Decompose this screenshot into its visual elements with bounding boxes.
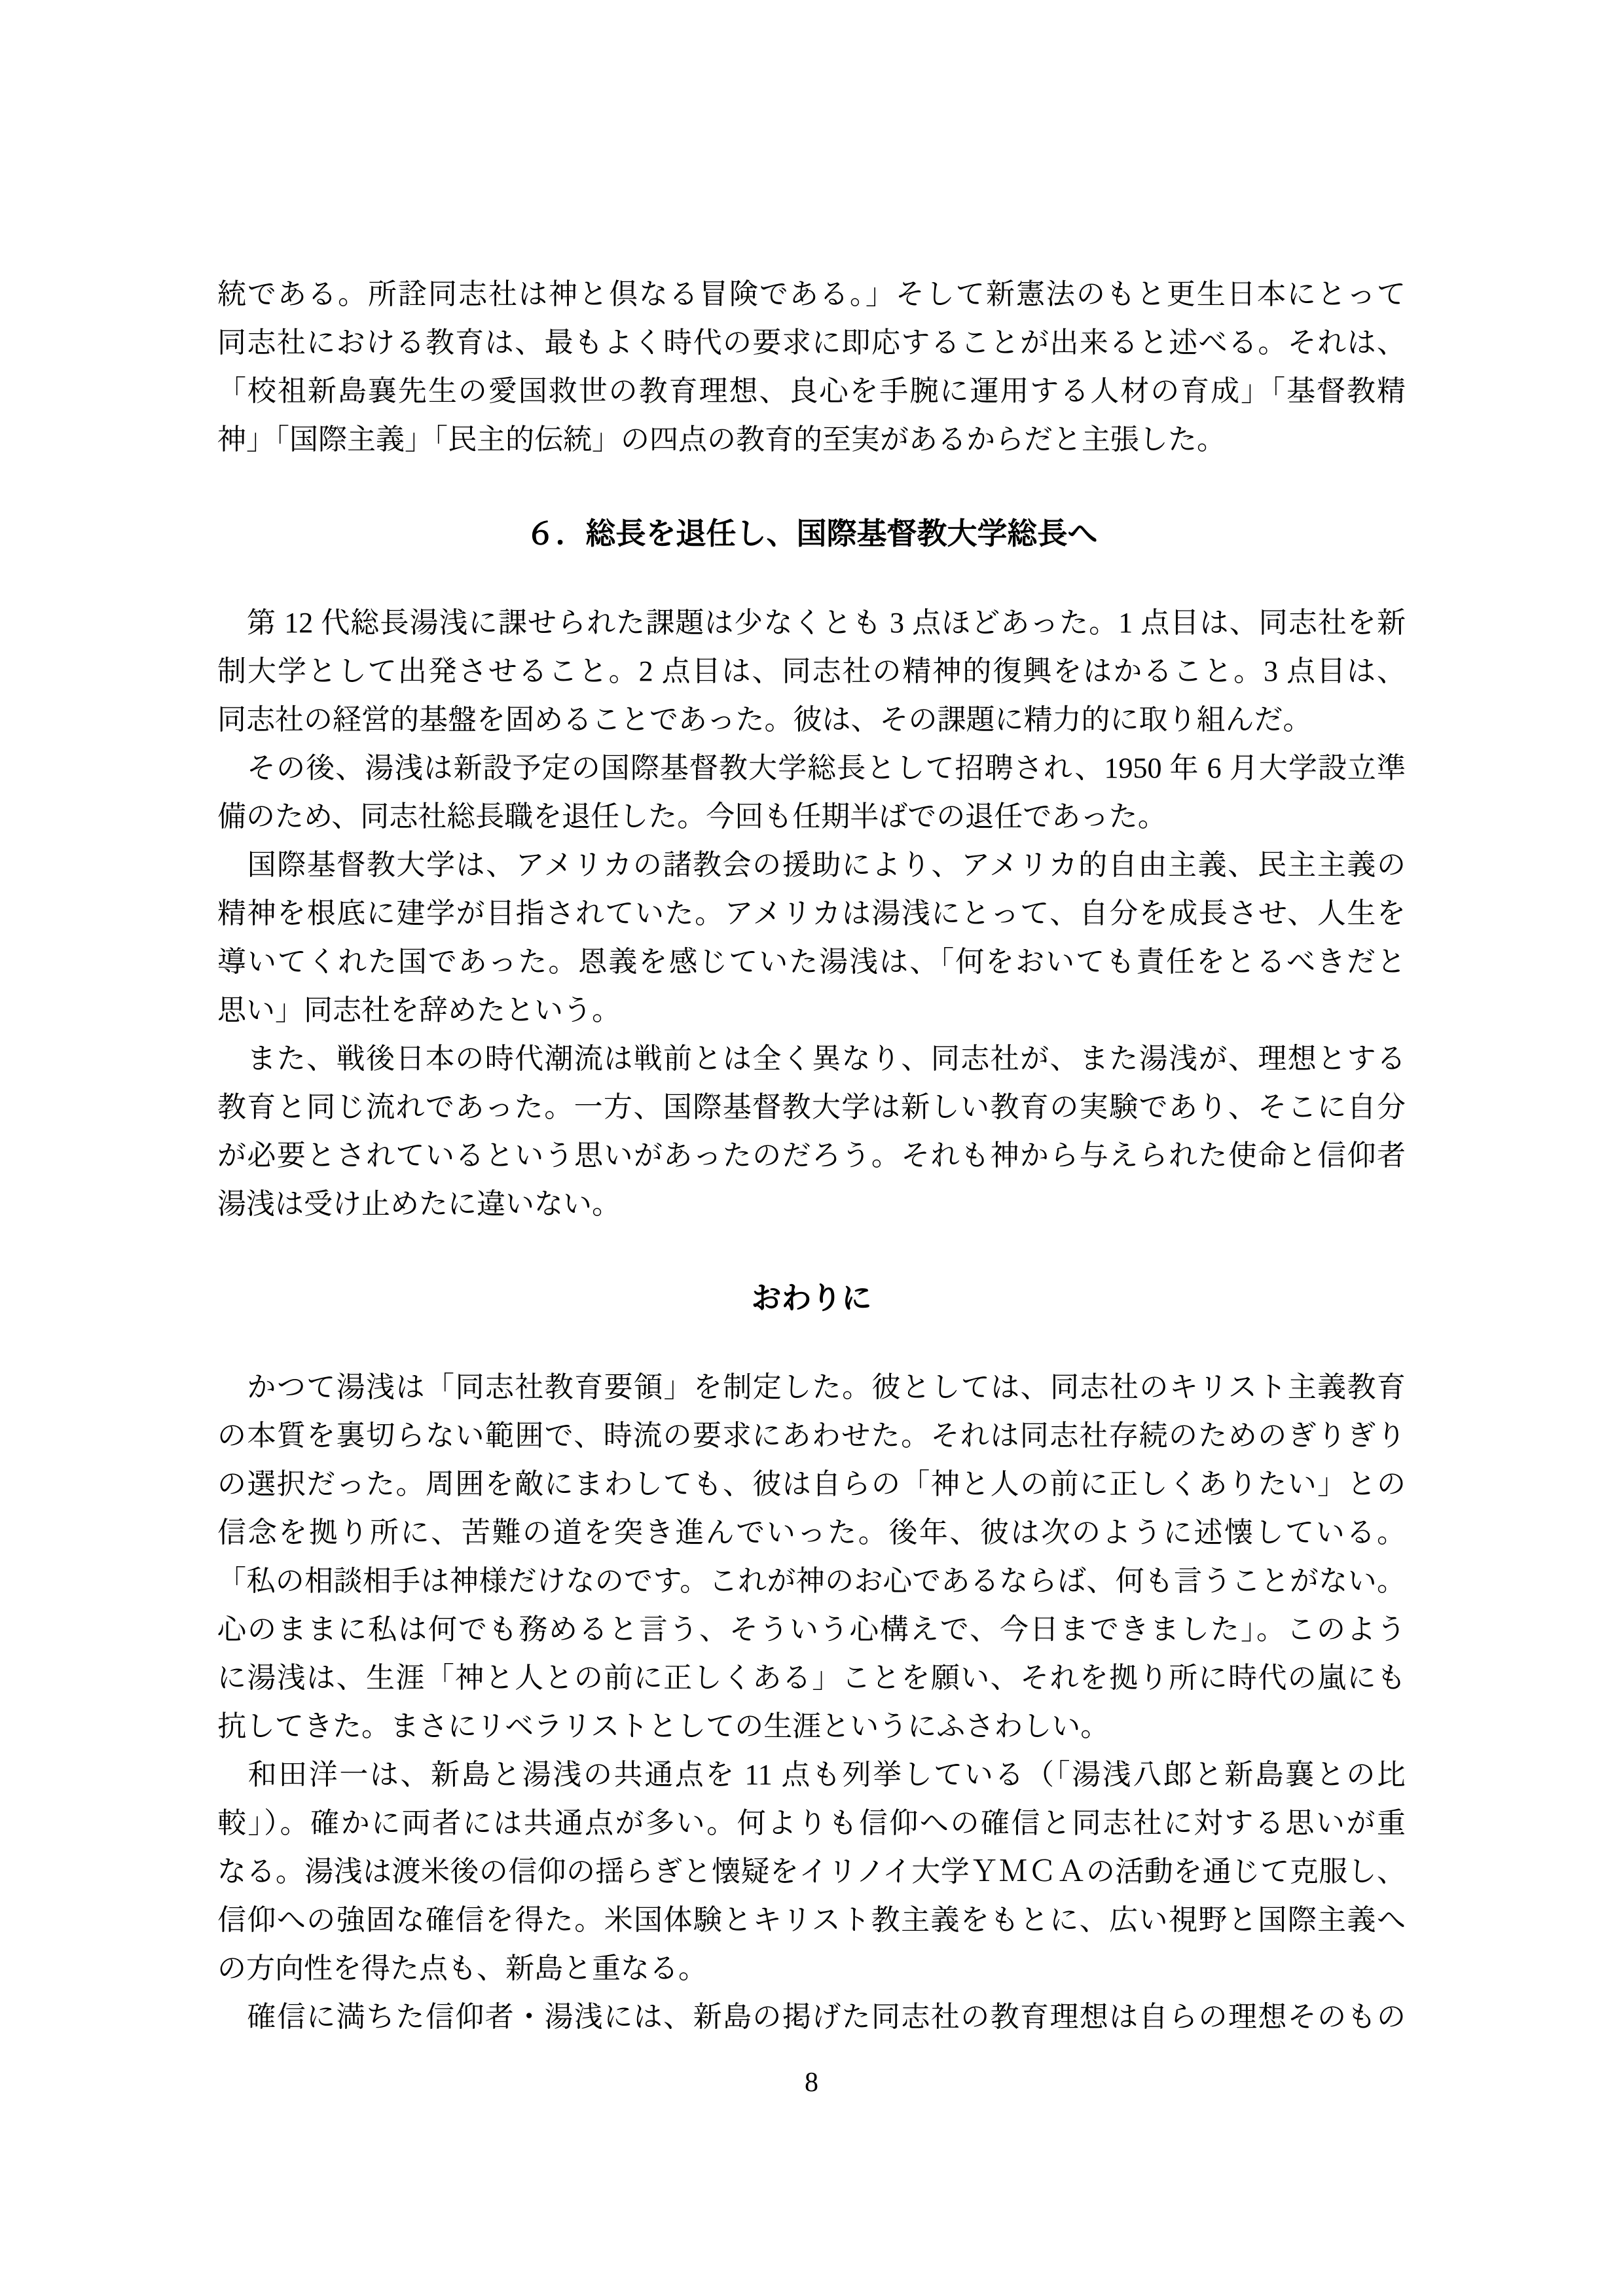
paragraph-postwar: また、戦後日本の時代潮流は戦前とは全く異なり、同志社が、また湯浅が、理想とする教…	[217, 1035, 1406, 1229]
text-line: 湯浅は受け止めたに違いない。	[217, 1180, 1406, 1229]
section-heading-6: ６．総長を退任し、国際基督教大学総長へ	[217, 507, 1406, 560]
text-line: 神」「国際主義」「民主的伝統」の四点の教育的至実があるからだと主張した。	[217, 416, 1406, 464]
paragraph-icu: 国際基督教大学は、アメリカの諸教会の援助により、アメリカ的自由主義、民主主義の精…	[217, 841, 1406, 1035]
text-line: 心のままに私は何でも務めると言う、そういう心構えで、今日まできました」。このよう	[217, 1605, 1406, 1654]
paragraph-conclusion-2: 和田洋一は、新島と湯浅の共通点を 11 点も列挙している（「湯浅八郎と新島襄との…	[217, 1751, 1406, 1993]
document-page: { "page": { "number": "8", "background_c…	[0, 0, 1623, 2296]
text-line: 導いてくれた国であった。恩義を感じていた湯浅は、「何をおいても責任をとるべきだと	[217, 938, 1406, 986]
paragraph-conclusion-1: かつて湯浅は「同志社教育要領」を制定した。彼としては、同志社のキリスト主義教育の…	[217, 1363, 1406, 1751]
text-line: また、戦後日本の時代潮流は戦前とは全く異なり、同志社が、また湯浅が、理想とする	[217, 1035, 1406, 1083]
text-line: 備のため、同志社総長職を退任した。今回も任期半ばでの退任であった。	[217, 793, 1406, 841]
text-line: に湯浅は、生涯「神と人との前に正しくある」ことを願い、それを拠り所に時代の嵐にも	[217, 1654, 1406, 1702]
text-line: 信念を拠り所に、苦難の道を突き進んでいった。後年、彼は次のように述懐している。	[217, 1509, 1406, 1557]
text-line: 思い」同志社を辞めたという。	[217, 986, 1406, 1035]
page-number: 8	[0, 2066, 1623, 2100]
text-line: 教育と同じ流れであった。一方、国際基督教大学は新しい教育の実験であり、そこに自分	[217, 1083, 1406, 1132]
text-line: の選択だった。周囲を敵にまわしても、彼は自らの「神と人の前に正しくありたい」との	[217, 1460, 1406, 1509]
text-line: 制大学として出発させること。2 点目は、同志社の精神的復興をはかること。3 点目…	[217, 647, 1406, 696]
text-line: 較」）。確かに両者には共通点が多い。何よりも信仰への確信と同志社に対する思いが重	[217, 1799, 1406, 1848]
text-body: 統である。所詮同志社は神と倶なる冒険である。」そして新憲法のもと更生日本にとって…	[217, 270, 1406, 2041]
section-heading-owarini: おわりに	[217, 1272, 1406, 1324]
paragraph-conclusion-3: 確信に満ちた信仰者・湯浅には、新島の掲げた同志社の教育理想は自らの理想そのもの	[217, 1993, 1406, 2041]
text-line: が必要とされているという思いがあったのだろう。それも神から与えられた使命と信仰者	[217, 1132, 1406, 1180]
text-line: 「私の相談相手は神様だけなのです。これが神のお心であるならば、何も言うことがない…	[217, 1557, 1406, 1605]
text-line: 「校祖新島襄先生の愛国救世の教育理想、良心を手腕に運用する人材の育成」「基督教精	[217, 367, 1406, 416]
text-line: 抗してきた。まさにリベラリストとしての生涯というにふさわしい。	[217, 1702, 1406, 1751]
text-line: 和田洋一は、新島と湯浅の共通点を 11 点も列挙している（「湯浅八郎と新島襄との…	[217, 1751, 1406, 1799]
text-line: 同志社における教育は、最もよく時代の要求に即応することが出来ると述べる。それは、	[217, 319, 1406, 367]
text-line: 精神を根底に建学が目指されていた。アメリカは湯浅にとって、自分を成長させ、人生を	[217, 889, 1406, 938]
text-line: 同志社の経営的基盤を固めることであった。彼は、その課題に精力的に取り組んだ。	[217, 696, 1406, 744]
paragraph-tasks: 第 12 代総長湯浅に課せられた課題は少なくとも 3 点ほどあった。1 点目は、…	[217, 599, 1406, 744]
text-line: かつて湯浅は「同志社教育要領」を制定した。彼としては、同志社のキリスト主義教育	[217, 1363, 1406, 1412]
text-line: 国際基督教大学は、アメリカの諸教会の援助により、アメリカ的自由主義、民主主義の	[217, 841, 1406, 889]
text-line: 第 12 代総長湯浅に課せられた課題は少なくとも 3 点ほどあった。1 点目は、…	[217, 599, 1406, 647]
text-line: の本質を裏切らない範囲で、時流の要求にあわせた。それは同志社存続のためのぎりぎり	[217, 1412, 1406, 1460]
text-line: 信仰への強固な確信を得た。米国体験とキリスト教主義をもとに、広い視野と国際主義へ	[217, 1896, 1406, 1945]
text-line: 確信に満ちた信仰者・湯浅には、新島の掲げた同志社の教育理想は自らの理想そのもの	[217, 1993, 1406, 2041]
paragraph-resignation: その後、湯浅は新設予定の国際基督教大学総長として招聘され、1950 年 6 月大…	[217, 744, 1406, 841]
text-line: 統である。所詮同志社は神と倶なる冒険である。」そして新憲法のもと更生日本にとって	[217, 270, 1406, 319]
text-line: その後、湯浅は新設予定の国際基督教大学総長として招聘され、1950 年 6 月大…	[217, 744, 1406, 793]
text-line: なる。湯浅は渡米後の信仰の揺らぎと懐疑をイリノイ大学ＹＭＣＡの活動を通じて克服し…	[217, 1848, 1406, 1896]
text-line: の方向性を得た点も、新島と重なる。	[217, 1945, 1406, 1993]
continued-paragraph: 統である。所詮同志社は神と倶なる冒険である。」そして新憲法のもと更生日本にとって…	[217, 270, 1406, 464]
